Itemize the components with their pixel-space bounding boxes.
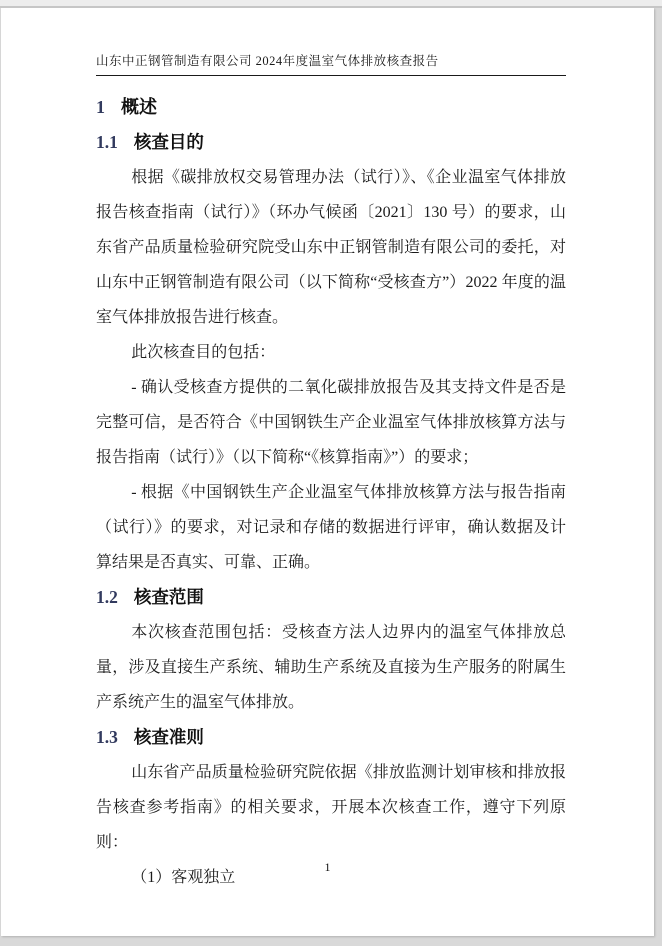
paragraph: 山东省产品质量检验研究院依据《排放监测计划审核和排放报告核查参考指南》的相关要求…	[96, 755, 566, 860]
document-page[interactable]: 山东中正钢管制造有限公司 2024年度温室气体排放核查报告 1概述 1.1核查目…	[1, 8, 654, 936]
paragraph: 根据《碳排放权交易管理办法（试行）》、《企业温室气体排放报告核查指南（试行）》（…	[96, 160, 566, 335]
window-top-edge	[0, 0, 662, 8]
heading-verification-purpose: 1.1核查目的	[96, 125, 566, 160]
heading-number: 1.2	[96, 587, 118, 607]
document-viewer: { "document": { "running_header": "山东中正钢…	[0, 0, 662, 946]
heading-title: 核查准则	[134, 727, 204, 747]
heading-number: 1.3	[96, 727, 118, 747]
heading-verification-criteria: 1.3核查准则	[96, 720, 566, 755]
paragraph-bullet: - 确认受核查方提供的二氧化碳排放报告及其支持文件是否是完整可信，是否符合《中国…	[96, 370, 566, 475]
heading-title: 核查范围	[134, 587, 204, 607]
heading-verification-scope: 1.2核查范围	[96, 580, 566, 615]
page-number: 1	[1, 860, 654, 875]
running-header: 山东中正钢管制造有限公司 2024年度温室气体排放核查报告	[96, 52, 566, 76]
heading-number: 1.1	[96, 132, 118, 152]
heading-title: 概述	[121, 97, 157, 117]
heading-number: 1	[96, 97, 105, 117]
paragraph-bullet: - 根据《中国钢铁生产企业温室气体排放核算方法与报告指南（试行）》的要求，对记录…	[96, 475, 566, 580]
paragraph: 本次核查范围包括：受核查方法人边界内的温室气体排放总量，涉及直接生产系统、辅助生…	[96, 615, 566, 720]
paragraph: 此次核查目的包括：	[96, 335, 566, 370]
heading-title: 核查目的	[134, 132, 204, 152]
heading-overview: 1概述	[96, 90, 566, 125]
page-content: 山东中正钢管制造有限公司 2024年度温室气体排放核查报告 1概述 1.1核查目…	[96, 8, 566, 895]
